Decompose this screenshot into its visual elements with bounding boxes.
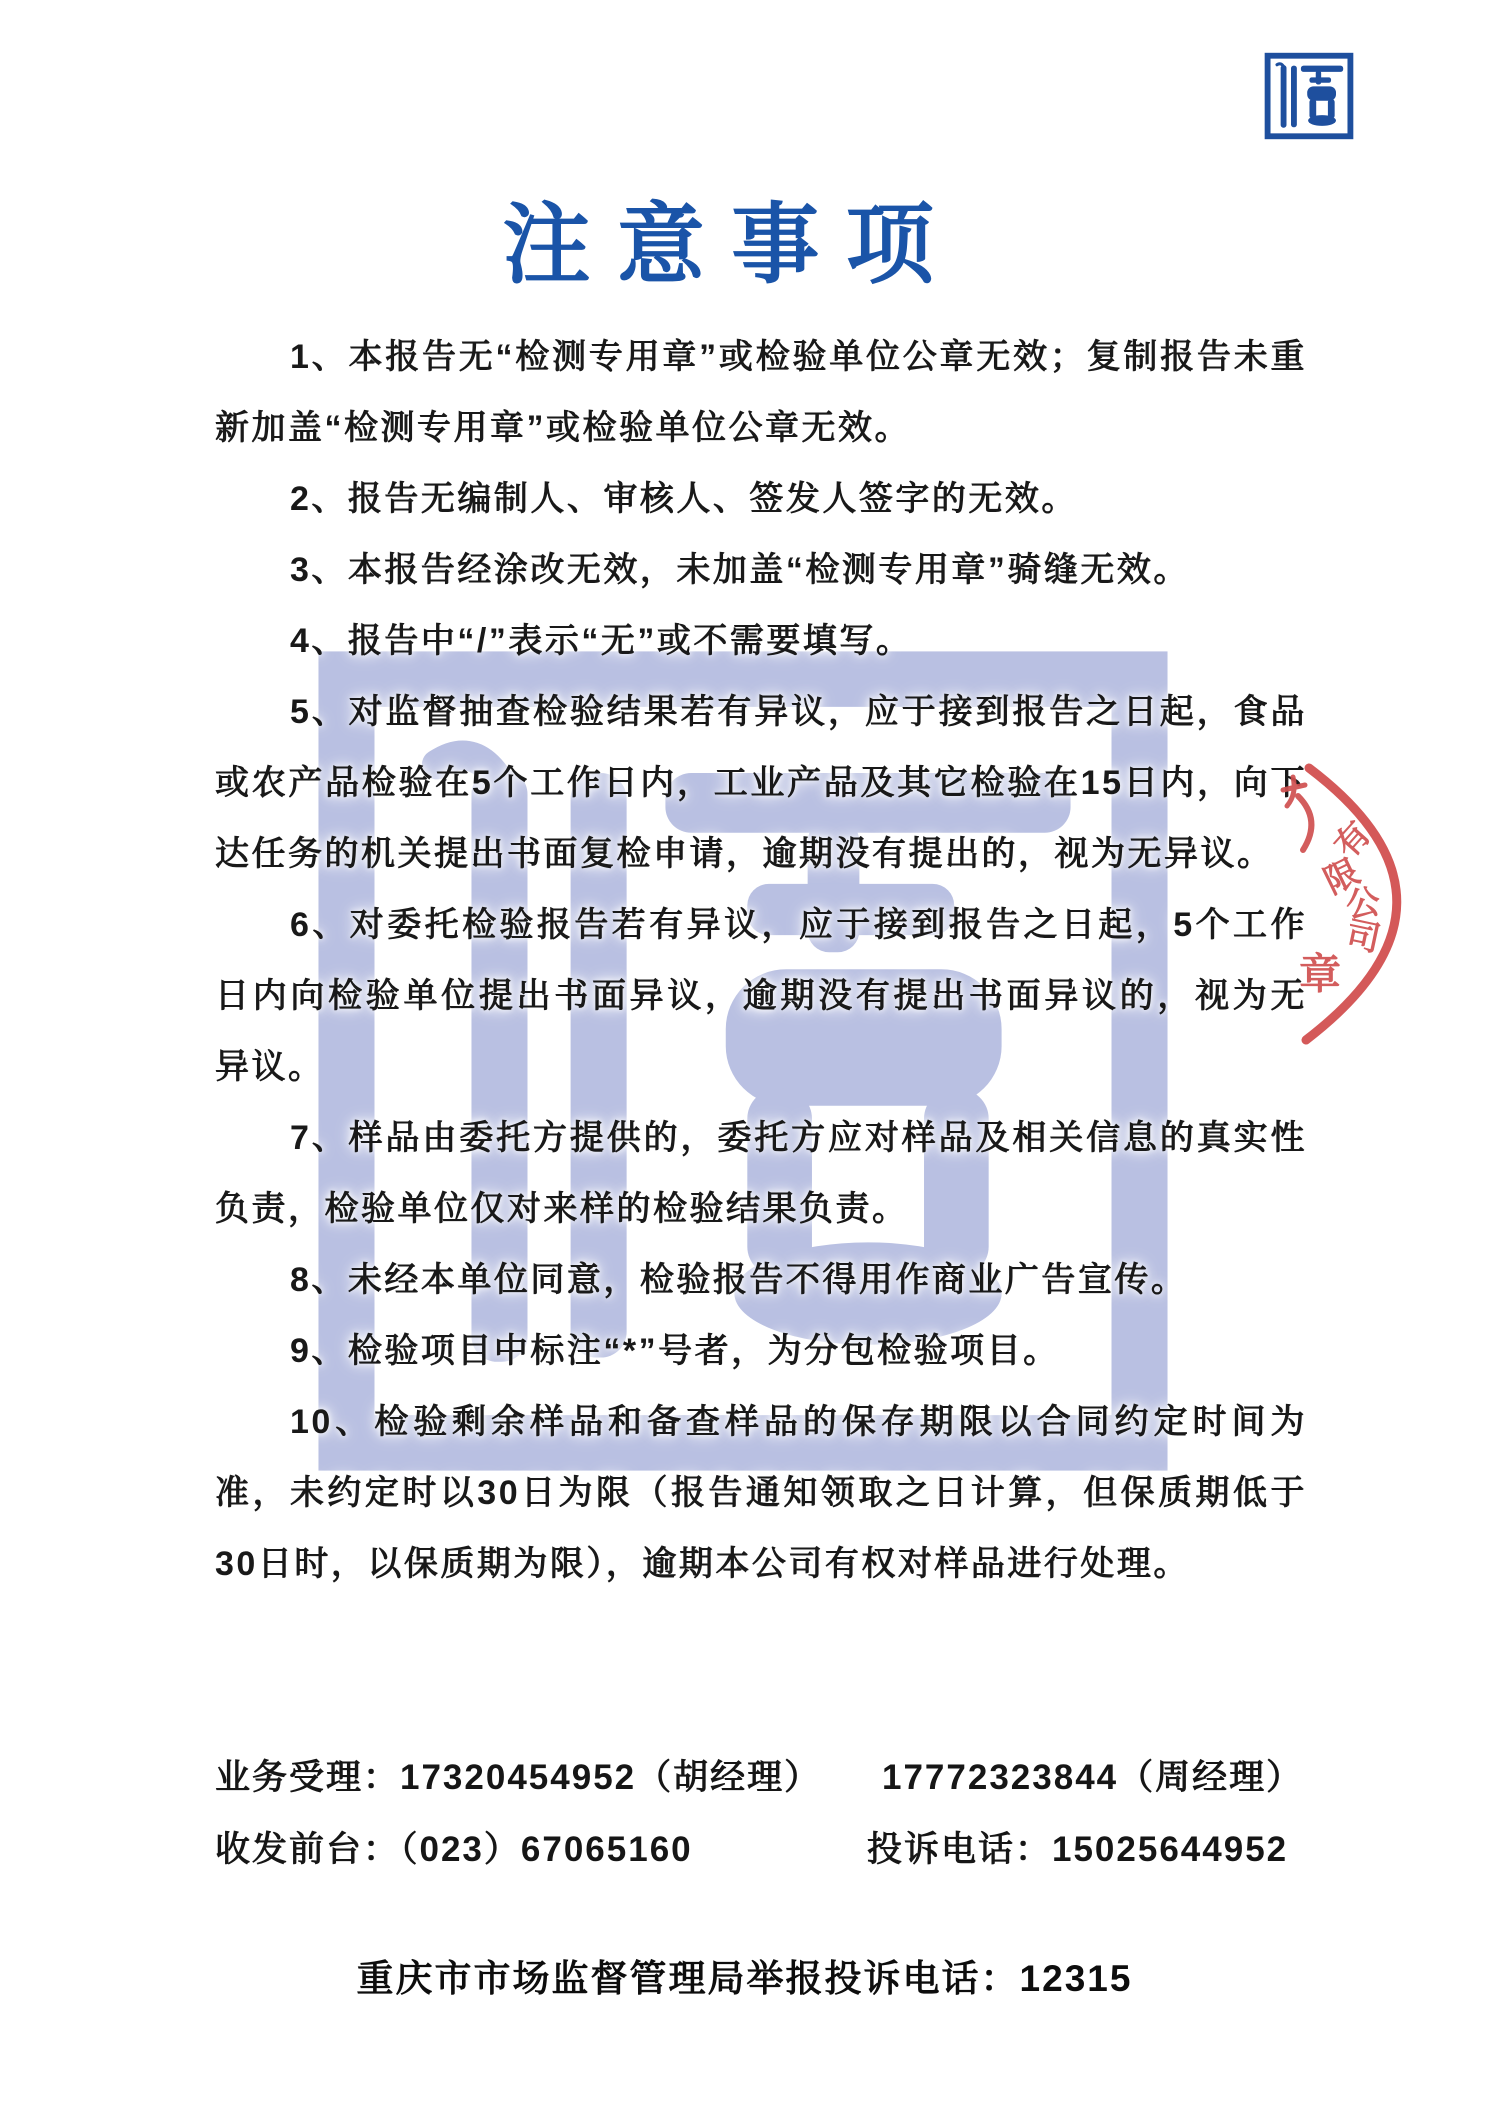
complaint-phone: 投诉电话：15025644952	[867, 1814, 1288, 1886]
contact-row-business: 业务受理：17320454952（胡经理） 17772323844（周经理）	[215, 1742, 1395, 1814]
notes-list: 1、本报告无“检测专用章”或检验单位公章无效；复制报告未重新加盖“检测专用章”或…	[215, 322, 1307, 1600]
contact-row-frontdesk: 收发前台：（023）67065160 投诉电话：15025644952	[215, 1814, 1395, 1886]
note-item-1: 1、本报告无“检测专用章”或检验单位公章无效；复制报告未重新加盖“检测专用章”或…	[215, 322, 1307, 464]
note-item-3: 3、本报告经涂改无效，未加盖“检测专用章”骑缝无效。	[215, 535, 1307, 606]
stamp-seal-char: 章	[1299, 951, 1341, 998]
note-item-2: 2、报告无编制人、审核人、签发人签字的无效。	[215, 464, 1307, 535]
note-item-4: 4、报告中“/”表示“无”或不需要填写。	[215, 606, 1307, 677]
contact-section: 业务受理：17320454952（胡经理） 17772323844（周经理） 收…	[215, 1742, 1395, 1886]
business-phone-2: 17772323844（周经理）	[882, 1742, 1303, 1814]
company-seal-logo-icon	[1264, 52, 1354, 140]
red-company-stamp: 有 限 公 司 章	[1268, 752, 1489, 1052]
note-item-7: 7、样品由委托方提供的，委托方应对样品及相关信息的真实性负责，检验单位仅对来样的…	[215, 1103, 1307, 1245]
note-item-10: 10、检验剩余样品和备查样品的保存期限以合同约定时间为准，未约定时以30日为限（…	[215, 1387, 1307, 1600]
note-item-9: 9、检验项目中标注“*”号者，为分包检验项目。	[215, 1316, 1307, 1387]
note-item-8: 8、未经本单位同意，检验报告不得用作商业广告宣传。	[215, 1245, 1307, 1316]
stamp-char: 司	[1342, 915, 1383, 959]
note-item-5: 5、对监督抽查检验结果若有异议，应于接到报告之日起，食品或农产品检验在5个工作日…	[215, 677, 1307, 890]
frontdesk-phone: 收发前台：（023）67065160	[215, 1830, 693, 1869]
page-title: 注意事项	[0, 175, 1476, 301]
notice-page: 注意事项 1、本报告无“检测专用章”或检验单位公章无效；复制报告未重新加盖“检测…	[0, 0, 1489, 2103]
note-item-6: 6、对委托检验报告若有异议，应于接到报告之日起，5个工作日内向检验单位提出书面异…	[215, 890, 1307, 1103]
business-phone-1: 业务受理：17320454952（胡经理）	[215, 1758, 821, 1797]
market-regulator-hotline: 重庆市市场监督管理局举报投诉电话：12315	[0, 1948, 1489, 2002]
